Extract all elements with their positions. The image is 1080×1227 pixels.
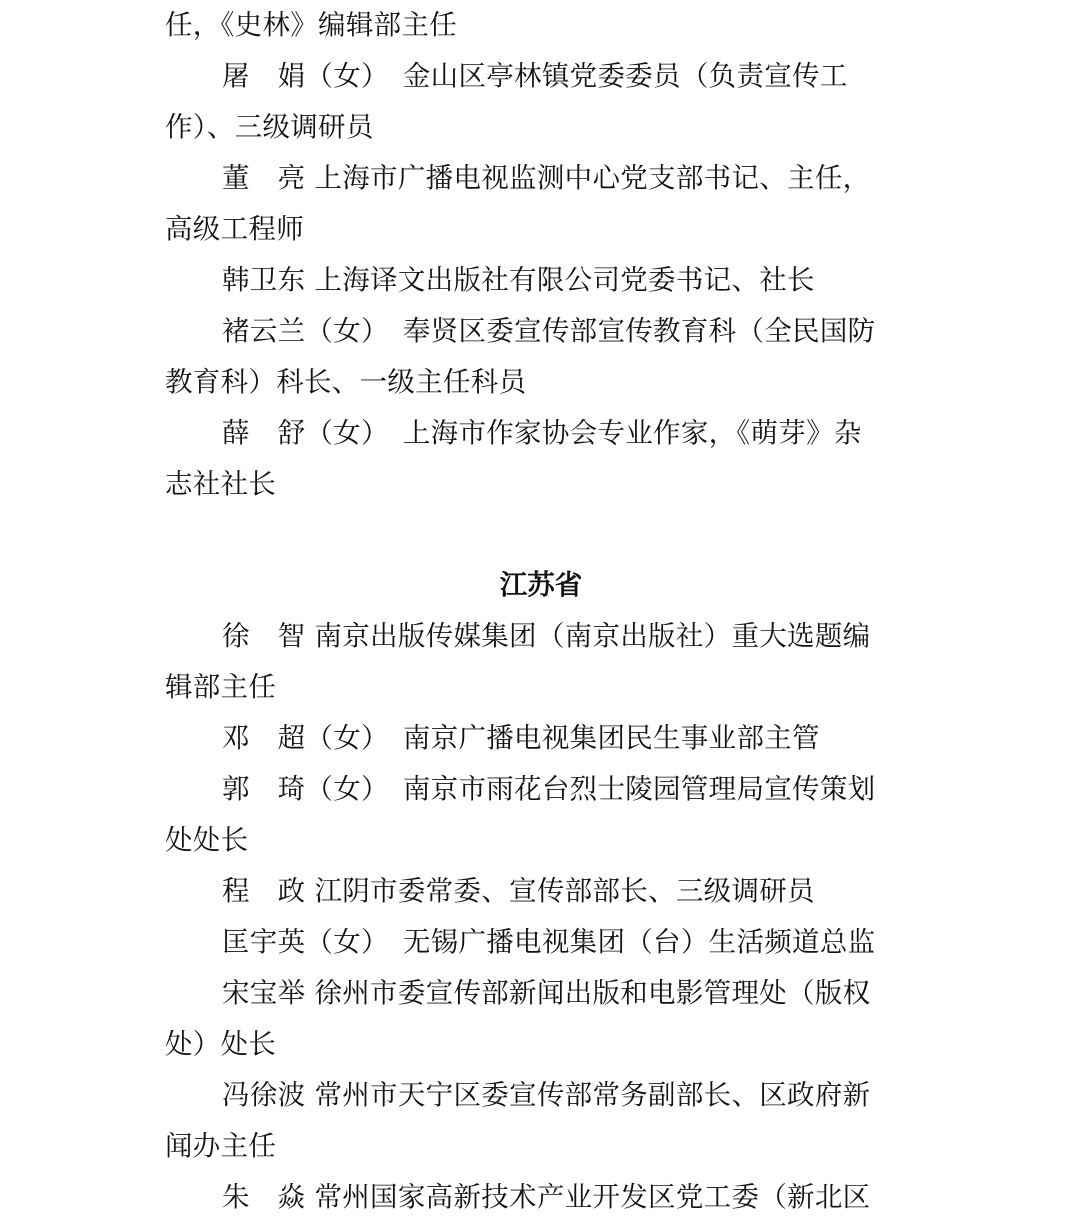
text-line: 处处长 (165, 815, 248, 866)
entry-line: 韩卫东 上海译文出版社有限公司党委书记、社长 (222, 255, 815, 306)
text-line: 处）处长 (165, 1019, 276, 1070)
entry-line: 冯徐波 常州市天宁区委宣传部常务副部长、区政府新 (222, 1070, 870, 1121)
entry-line: 邓 超（女） 南京广播电视集团民生事业部主管 (222, 713, 820, 764)
entry-line: 董 亮 上海市广播电视监测中心党支部书记、主任， (222, 153, 870, 204)
entry-line: 郭 琦（女） 南京市雨花台烈士陵园管理局宣传策划 (222, 764, 875, 815)
text-line: 作）、三级调研员 (165, 102, 374, 153)
entry-line: 宋宝举 徐州市委宣传部新闻出版和电影管理处（版权 (222, 968, 870, 1019)
text-line: 高级工程师 (165, 204, 304, 255)
section-heading-jiangsu: 江苏省 (165, 560, 917, 611)
text-line: 任，《史林》编辑部主任 (165, 0, 457, 51)
entry-line: 徐 智 南京出版传媒集团（南京出版社）重大选题编 (222, 611, 870, 662)
text-line: 志社社长 (165, 459, 276, 510)
text-line: 教育科）科长、一级主任科员 (165, 357, 526, 408)
text-line: 辑部主任 (165, 662, 276, 713)
text-line: 闻办主任 (165, 1121, 276, 1172)
entry-line: 薛 舒（女） 上海市作家协会专业作家，《萌芽》杂 (222, 408, 862, 459)
entry-line: 朱 焱 常州国家高新技术产业开发区党工委（新北区 (222, 1172, 870, 1223)
entry-line: 屠 娟（女） 金山区亭林镇党委委员（负责宣传工 (222, 51, 848, 102)
entry-line: 程 政 江阴市委常委、宣传部部长、三级调研员 (222, 866, 815, 917)
entry-line: 褚云兰（女） 奉贤区委宣传部宣传教育科（全民国防 (222, 306, 875, 357)
entry-line: 匡宇英（女） 无锡广播电视集团（台）生活频道总监 (222, 917, 875, 968)
